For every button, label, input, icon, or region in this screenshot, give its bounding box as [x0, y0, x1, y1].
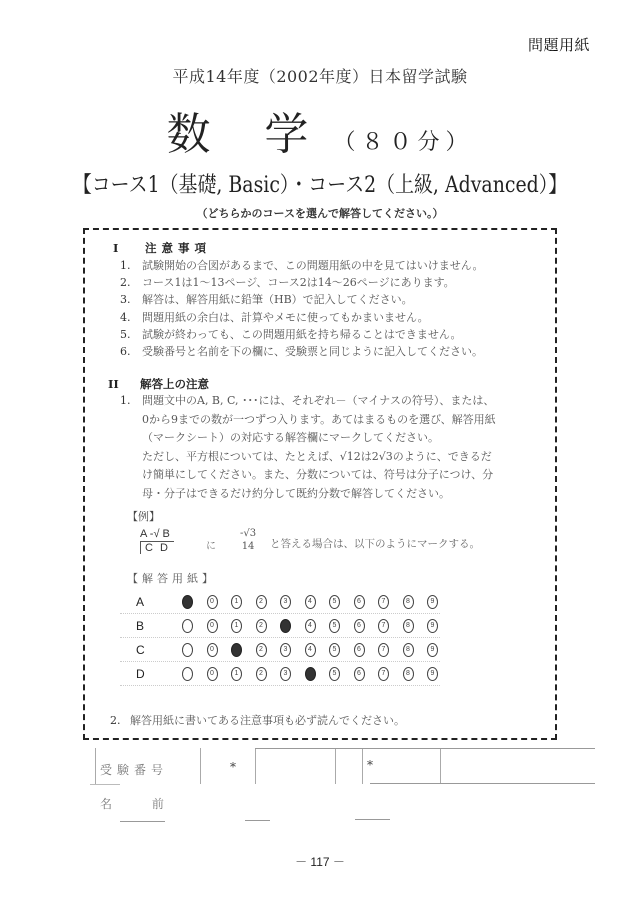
exam-number-field[interactable] [200, 748, 595, 784]
example-fraction: A -√ B C D [140, 528, 190, 554]
answer-bubble-D-7[interactable]: 7 [378, 667, 389, 681]
line: け簡単にしてください。また、分数については、符号は分子につけ、分 [120, 466, 496, 485]
answer-bubble-B-0[interactable]: 0 [207, 619, 218, 633]
answer-denominator: 14 [240, 540, 256, 553]
answer-bubble-A-4[interactable]: 4 [305, 595, 316, 609]
example-text: と答える場合は、以下のようにマークする。 [270, 536, 480, 551]
answer-bubble-B-minus[interactable]: - [182, 619, 193, 633]
answer-bubble-C-9[interactable]: 9 [427, 643, 438, 657]
section1-heading: I 注意事項 [113, 240, 211, 256]
sheet-label: 【解答用紙】 [127, 570, 217, 586]
line: 母・分子はできるだけ約分して既約分数で解答してください。 [120, 485, 496, 504]
answer-bubble-C-2[interactable]: 2 [256, 643, 267, 657]
answer-bubble-B-2[interactable]: 2 [256, 619, 267, 633]
answer-bubble-A-7[interactable]: 7 [378, 595, 389, 609]
answer-bubble-B-7[interactable]: 7 [378, 619, 389, 633]
answer-bubble-C-6[interactable]: 6 [354, 643, 365, 657]
answer-bubble-A-3[interactable]: 3 [280, 595, 291, 609]
course-title: 【コース1（基礎, Basic）・コース2（上級, Advanced）】 [45, 168, 595, 199]
answer-bubble-B-8[interactable]: 8 [403, 619, 414, 633]
item-text: 問題文中のA, B, C, ･･･には、それぞれ－（マイナスの符号）、または、 [142, 394, 494, 407]
item-text: コース1は1～13ページ、コース2は14～26ページにあります。 [142, 276, 455, 289]
subject-row: 数 学 （８０分） [0, 98, 640, 162]
list-item: 5.試験が終わっても、この問題用紙を持ち帰ることはできません。 [120, 326, 483, 343]
answer-row: D-0123456789 [120, 662, 440, 686]
hline [90, 784, 120, 785]
name-label: 名 前 [100, 795, 164, 812]
list-item: 1.試験開始の合図があるまで、この問題用紙の中を見てはいけません。 [120, 257, 483, 274]
section2-item2: 2.解答用紙に書いてある注意事項も必ず読んでください。 [110, 712, 405, 728]
answer-row: C-0123456789 [120, 638, 440, 662]
answer-bubble-A-0[interactable]: 0 [207, 595, 218, 609]
exam-duration: （８０分） [334, 130, 474, 155]
answer-bubble-C-5[interactable]: 5 [329, 643, 340, 657]
list-item: 6.受験番号と名前を下の欄に、受験票と同じように記入してください。 [120, 343, 483, 360]
answer-bubble-D-0[interactable]: 0 [207, 667, 218, 681]
answer-bubble-C-0[interactable]: 0 [207, 643, 218, 657]
answer-bubble-A-5[interactable]: 5 [329, 595, 340, 609]
section2-title: 解答上の注意 [140, 377, 209, 391]
fraction-numerator: A -√ B [140, 528, 190, 541]
example-answer: -√3 14 [240, 527, 256, 553]
answer-bubble-A-minus[interactable]: - [182, 595, 193, 609]
answer-sheet: A-0123456789B-0123456789C-0123456789D-01… [120, 590, 440, 686]
name-field[interactable] [200, 788, 595, 822]
row-label: C [136, 643, 145, 657]
list-item: 2.コース1は1～13ページ、コース2は14～26ページにあります。 [120, 274, 483, 291]
item-text: 解答は、解答用紙に鉛筆（HB）で記入してください。 [142, 293, 413, 306]
section1-list: 1.試験開始の合図があるまで、この問題用紙の中を見てはいけません。 2.コース1… [120, 257, 483, 360]
answer-bubble-B-3[interactable]: 3 [280, 619, 291, 633]
vline [95, 748, 96, 784]
exam-number-label: 受験番号 [100, 761, 168, 778]
example-ni: に [206, 537, 216, 552]
section2-heading: II 解答上の注意 [108, 376, 209, 392]
answer-bubble-C-7[interactable]: 7 [378, 643, 389, 657]
answer-bubble-A-1[interactable]: 1 [231, 595, 242, 609]
item-number: 1. [120, 257, 142, 274]
answer-bubble-A-8[interactable]: 8 [403, 595, 414, 609]
answer-bubble-D-5[interactable]: 5 [329, 667, 340, 681]
answer-bubble-B-5[interactable]: 5 [329, 619, 340, 633]
item-number: 4. [120, 309, 142, 326]
example-label: 【例】 [127, 508, 160, 524]
item-text: 受験番号と名前を下の欄に、受験票と同じように記入してください。 [142, 345, 483, 358]
hline [120, 821, 165, 822]
row-label: A [136, 595, 144, 609]
corner-label: 問題用紙 [528, 34, 590, 55]
fraction-denominator: C D [140, 541, 174, 554]
section2-number: II [108, 377, 136, 391]
line: ただし、平方根については、たとえば、√12は2√3のように、できるだ [120, 448, 496, 467]
answer-bubble-D-6[interactable]: 6 [354, 667, 365, 681]
row-label: B [136, 619, 144, 633]
page-number: － 117 － [0, 853, 640, 870]
item-text: 試験開始の合図があるまで、この問題用紙の中を見てはいけません。 [142, 259, 483, 272]
answer-bubble-B-9[interactable]: 9 [427, 619, 438, 633]
item-number: 1. [120, 392, 142, 411]
item-number: 3. [120, 291, 142, 308]
exam-title: 平成14年度（2002年度）日本留学試験 [0, 64, 640, 87]
answer-bubble-D-3[interactable]: 3 [280, 667, 291, 681]
answer-row: A-0123456789 [120, 590, 440, 614]
answer-bubble-A-2[interactable]: 2 [256, 595, 267, 609]
choose-course-note: （どちらかのコースを選んで解答してください。） [0, 205, 640, 221]
answer-row: B-0123456789 [120, 614, 440, 638]
answer-bubble-C-1[interactable]: 1 [231, 643, 242, 657]
list-item: 3.解答は、解答用紙に鉛筆（HB）で記入してください。 [120, 291, 483, 308]
answer-bubble-C-8[interactable]: 8 [403, 643, 414, 657]
item-number: 6. [120, 343, 142, 360]
answer-bubble-D-2[interactable]: 2 [256, 667, 267, 681]
item-text: 解答用紙に書いてある注意事項も必ず読んでください。 [130, 714, 405, 727]
row-label: D [136, 667, 145, 681]
answer-bubble-D-minus[interactable]: - [182, 667, 193, 681]
section1-number: I [113, 241, 141, 255]
list-item: 4.問題用紙の余白は、計算やメモに使ってもかまいません。 [120, 309, 483, 326]
item-text: 問題用紙の余白は、計算やメモに使ってもかまいません。 [142, 311, 429, 324]
answer-numerator: -√3 [240, 527, 256, 540]
answer-bubble-C-4[interactable]: 4 [305, 643, 316, 657]
answer-bubble-C-3[interactable]: 3 [280, 643, 291, 657]
answer-bubble-B-6[interactable]: 6 [354, 619, 365, 633]
line: 0から9までの数が一つずつ入ります。あてはまるものを選び、解答用紙 [120, 411, 496, 430]
answer-bubble-A-6[interactable]: 6 [354, 595, 365, 609]
line: （マークシート）の対応する解答欄にマークしてください。 [120, 429, 496, 448]
answer-bubble-D-1[interactable]: 1 [231, 667, 242, 681]
answer-bubble-D-4[interactable]: 4 [305, 667, 316, 681]
line: 1.問題文中のA, B, C, ･･･には、それぞれ－（マイナスの符号）、または… [120, 392, 496, 411]
item-number: 2. [120, 274, 142, 291]
answer-bubble-B-1[interactable]: 1 [231, 619, 242, 633]
answer-bubble-D-8[interactable]: 8 [403, 667, 414, 681]
item-text: 試験が終わっても、この問題用紙を持ち帰ることはできません。 [142, 328, 462, 341]
item-number: 5. [120, 326, 142, 343]
answer-bubble-B-4[interactable]: 4 [305, 619, 316, 633]
section1-title: 注意事項 [145, 241, 211, 255]
answer-bubble-D-9[interactable]: 9 [427, 667, 438, 681]
item-number: 2. [110, 714, 130, 727]
section2-item1: 1.問題文中のA, B, C, ･･･には、それぞれ－（マイナスの符号）、または… [120, 392, 496, 504]
answer-bubble-C-minus[interactable]: - [182, 643, 193, 657]
subject-title: 数 学 [166, 109, 328, 160]
answer-bubble-A-9[interactable]: 9 [427, 595, 438, 609]
